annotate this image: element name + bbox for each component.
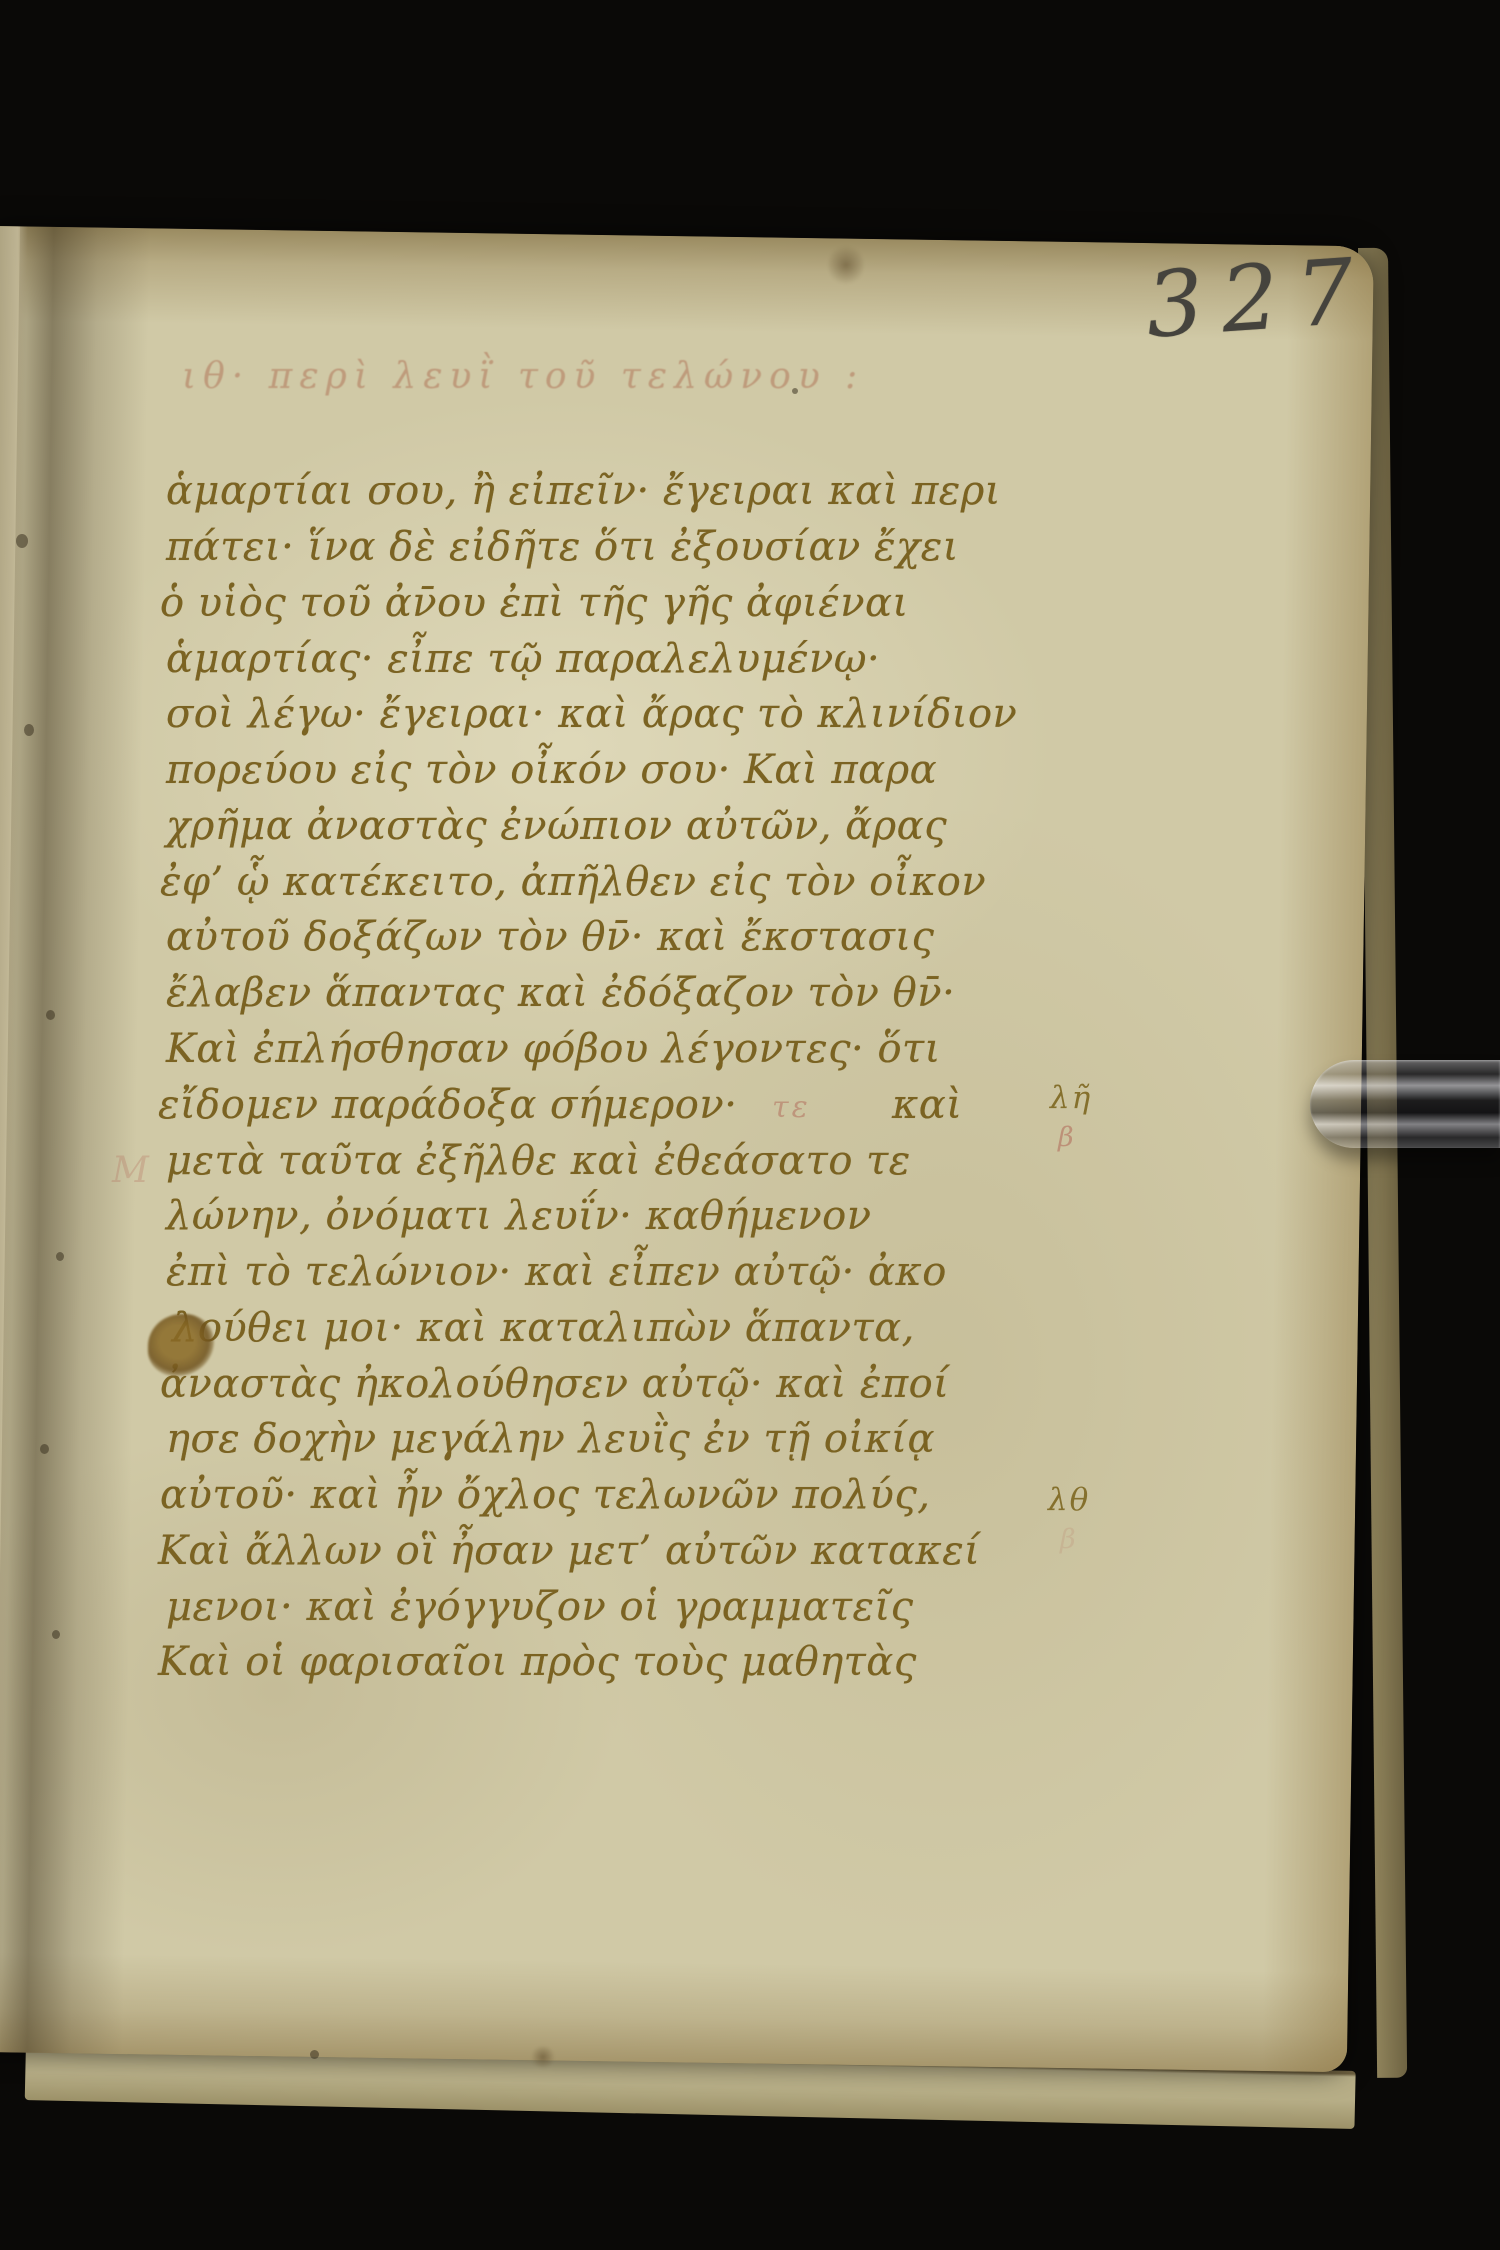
text-line: Καὶ οἱ φαρισαῖοι πρὸς τοὺς μαθητὰς bbox=[158, 1639, 917, 1685]
text-line: ἀναστὰς ἠκολούθησεν αὐτῷ· καὶ ἐποί bbox=[160, 1361, 949, 1407]
text-line: ἔλαβεν ἅπαντας καὶ ἐδόξαζον τὸν θν̄· bbox=[166, 970, 955, 1016]
text-line: ἐπὶ τὸ τελώνιον· καὶ εἶπεν αὐτῷ· ἀκο bbox=[166, 1249, 947, 1295]
text-line: μετὰ ταῦτα ἐξῆλθε καὶ ἐθεάσατο τε bbox=[166, 1138, 911, 1184]
bottom-edge-stain bbox=[530, 2046, 556, 2068]
text-line: σοὶ λέγω· ἔγειραι· καὶ ἄρας τὸ κλινίδιον bbox=[166, 691, 1017, 737]
text-line: ἁμαρτίας· εἶπε τῷ παραλελυμένῳ· bbox=[166, 636, 880, 682]
sewing-hole-speck bbox=[16, 534, 28, 548]
text-line: πάτει· ἵνα δὲ εἰδῆτε ὅτι ἐξουσίαν ἔχει bbox=[166, 524, 959, 570]
text-line: λώνην, ὀνόματι λευΐν· καθήμενον bbox=[166, 1193, 872, 1239]
text-line: ησε δοχὴν μεγάλην λευῒς ἐν τῇ οἰκίᾳ bbox=[166, 1416, 935, 1462]
sewing-hole-speck bbox=[52, 1630, 60, 1639]
text-line: ἐφ’ ᾧ κατέκειτο, ἀπῆλθεν εἰς τὸν οἶκον bbox=[160, 859, 986, 905]
page-holder-rod bbox=[1310, 1060, 1500, 1148]
text-line: ἁμαρτίαι σου, ἢ εἰπεῖν· ἔγειραι καὶ περι bbox=[166, 468, 1001, 514]
sewing-hole-speck bbox=[46, 1010, 55, 1020]
dirt-speck bbox=[792, 388, 798, 394]
sewing-hole-speck bbox=[40, 1444, 49, 1454]
text-line: εἴδομεν παράδοξα σήμερον· bbox=[158, 1082, 737, 1128]
text-line: πορεύου εἰς τὸν οἶκόν σου· Καὶ παρα bbox=[166, 747, 937, 793]
manuscript-photo: 327 ιθ· περὶ λευῒ τοῦ τελώνου : ἁμαρτίαι… bbox=[0, 0, 1500, 2250]
text-line: αὐτοῦ· καὶ ἦν ὄχλος τελωνῶν πολύς, bbox=[160, 1472, 930, 1518]
folio-number-pencil: 327 bbox=[1143, 238, 1376, 358]
dirt-speck bbox=[310, 2050, 319, 2059]
top-edge-smudge bbox=[828, 244, 864, 286]
margin-canon-letter-red-2: β bbox=[1060, 1524, 1076, 1555]
text-line-tail: καὶ bbox=[892, 1082, 962, 1128]
margin-section-number-38: λη̃ bbox=[1050, 1080, 1092, 1116]
text-line: ὁ υἱὸς τοῦ ἀν̄ου ἐπὶ τῆς γῆς ἀφιέναι bbox=[160, 580, 909, 626]
text-line: Καὶ ἐπλήσθησαν φόβου λέγοντες· ὅτι bbox=[166, 1026, 941, 1072]
margin-section-number-39: λθ bbox=[1048, 1482, 1090, 1518]
text-layer: 327 ιθ· περὶ λευῒ τοῦ τελώνου : ἁμαρτίαι… bbox=[0, 0, 1500, 2250]
chapter-heading-red: ιθ· περὶ λευῒ τοῦ τελώνου : bbox=[182, 356, 864, 397]
text-line: Καὶ ἄλλων οἳ ἦσαν μετ’ αὐτῶν κατακεί bbox=[158, 1528, 980, 1574]
lection-start-mark-red: Μ bbox=[112, 1150, 149, 1191]
lection-end-mark-red: τε bbox=[772, 1090, 811, 1125]
text-line: χρῆμα ἀναστὰς ἐνώπιον αὐτῶν, ἄρας bbox=[166, 803, 947, 849]
margin-canon-letter-red-1: β bbox=[1058, 1122, 1074, 1153]
text-line: μενοι· καὶ ἐγόγγυζον οἱ γραμματεῖς bbox=[166, 1584, 914, 1630]
text-line: λούθει μοι· καὶ καταλιπὼν ἅπαντα, bbox=[172, 1305, 915, 1351]
sewing-hole-speck bbox=[56, 1252, 64, 1261]
sewing-hole-speck bbox=[24, 724, 34, 736]
text-line: αὐτοῦ δοξάζων τὸν θν̄· καὶ ἔκστασις bbox=[166, 914, 934, 960]
